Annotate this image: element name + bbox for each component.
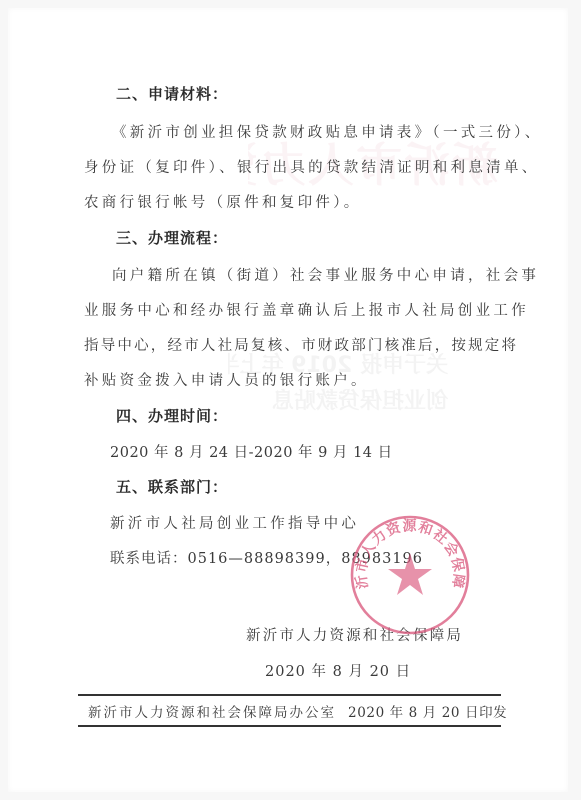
signature-organization: 新沂市人力资源和社会保障局 [246, 624, 463, 645]
paragraph-line: 身份证（复印件）、银行出具的贷款结清证明和利息清单、 [84, 156, 540, 177]
paragraph-line: 向户籍所在镇（街道）社会事业服务中心申请，社会事 [112, 264, 539, 285]
paragraph-line: 《新沂市创业担保贷款财政贴息申请表》（一式三份）、 [112, 121, 543, 142]
document-page: 新沂市人力资源和社会保障局文件 关于申报 2019 年上半年 创业担保贷款贴息 … [8, 8, 568, 792]
signature-date: 2020 年 8 月 20 日 [265, 660, 411, 681]
paragraph-line: 农商行银行帐号（原件和复印件）。 [84, 191, 362, 212]
footer-top-rule [78, 694, 501, 696]
section-heading-time: 四、办理时间： [116, 405, 228, 426]
footer-issue-date: 2020 年 8 月 20 日印发 [348, 701, 507, 721]
paragraph-line: 补贴资金拨入申请人员的银行账户。 [84, 369, 369, 390]
footer-bottom-rule [78, 725, 501, 727]
contact-department: 新沂市人社局创业工作指导中心 [110, 512, 359, 533]
section-heading-materials: 二、申请材料： [116, 83, 228, 104]
contact-phone: 联系电话：0516—88898399，88983196 [110, 547, 423, 568]
official-seal-icon: 新沂市人力资源和社会保障局 [348, 513, 472, 637]
section-heading-process: 三、办理流程： [116, 227, 228, 248]
paragraph-line: 指导中心，经市人社局复核、市财政部门核准后，按规定将 [84, 334, 518, 355]
footer-issuer: 新沂市人力资源和社会保障局办公室 [88, 701, 336, 721]
application-period: 2020 年 8 月 24 日-2020 年 9 月 14 日 [110, 441, 393, 462]
section-heading-contact: 五、联系部门： [116, 476, 228, 497]
paragraph-line: 业服务中心和经办银行盖章确认后上报市人社局创业工作 [84, 299, 529, 320]
